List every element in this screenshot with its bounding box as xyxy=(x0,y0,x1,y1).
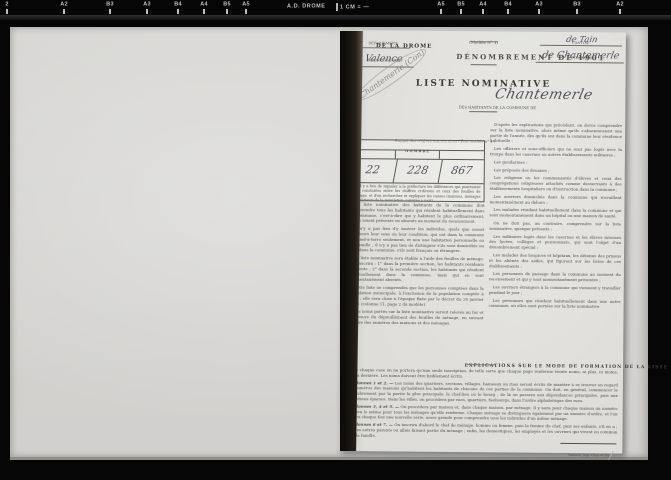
instruction-item: Les ouvriers domiciliés dans la commune … xyxy=(489,194,621,206)
ruler-tick xyxy=(336,3,338,11)
ruler-tick xyxy=(226,9,228,14)
ruler-mark-label: B5 xyxy=(457,1,465,7)
ruler-mark-label: A2 xyxy=(616,1,624,7)
ruler-mark-label: 2 xyxy=(5,1,8,7)
ruler-tick xyxy=(460,9,462,14)
ruler-mark-label: A3 xyxy=(143,1,151,7)
ruler-tick xyxy=(576,9,578,14)
ruler-tick xyxy=(619,9,621,14)
ruler-tick xyxy=(109,9,111,14)
instruction-item: Les ouvriers étrangers à la commune qui … xyxy=(489,285,621,297)
ruler-mark-label: A5 xyxy=(242,1,250,7)
ruler-mark-label: A2 xyxy=(60,1,68,7)
instruction-item: Les officiers et sous-officiers qui ne s… xyxy=(490,146,622,158)
inhabitants-count-handwritten: 867 xyxy=(438,160,486,183)
pen-check-mark: ’ xyxy=(578,95,581,104)
ruler-mark-label: A3 xyxy=(535,1,543,7)
archive-name-label: A.D. DROME xyxy=(287,3,326,9)
ruler-tick xyxy=(507,9,509,14)
explanation-paragraph: Colonnes 1 et 2. — Les noms des quartier… xyxy=(346,380,618,404)
instruction-item: D'après les explications qui précèdent, … xyxy=(490,122,622,145)
explanation-paragraph: Colonnes 3, 4 et 5. — On procédera par m… xyxy=(346,403,618,422)
ruler-mark-label: A4 xyxy=(200,1,208,7)
nombre-table: NOMBRE DE MAISONS DE MÉNAGES D'HABITANTS… xyxy=(350,139,486,202)
instruction-item: Les préposés des douanes ; xyxy=(490,168,622,175)
instruction-item: Les gendarmes ; xyxy=(490,160,622,167)
instructions-right-column: D'après les explications qui précèdent, … xyxy=(488,122,622,354)
ruler-tick xyxy=(63,9,65,14)
ruler-tick xyxy=(440,9,442,14)
census-form-page: (Modèle N° 1) DÉPARTEMENT DE LA DROME AR… xyxy=(338,30,626,453)
flourish-rule xyxy=(469,111,497,112)
ruler-mark-label: B3 xyxy=(573,1,581,7)
instruction-item: Les personnes de passage dans la commune… xyxy=(489,271,621,283)
microfilm-ruler: 2 A2 B3 A3 B4 xyxy=(0,0,671,14)
list-subtitle: DES HABITANTS DE LA COMMUNE DE xyxy=(381,96,493,116)
instruction-item: Les malades des hospices et hôpitaux, le… xyxy=(489,253,621,270)
instructions-left-column: La liste nominative des habitants de la … xyxy=(349,202,484,353)
instruction-item: Les religieux ou les communautés d'élève… xyxy=(490,175,622,192)
ruler-mark-label: A4 xyxy=(479,1,487,7)
explanation-paragraph: Sur chaque case on ne portera qu'une seu… xyxy=(346,367,618,381)
instruction-paragraph: Il n'y a pas lieu d'y insérer les indivi… xyxy=(350,226,484,254)
column-header: D'HABITANTS xyxy=(440,151,484,159)
ruler-tick xyxy=(177,9,179,14)
instruction-item: On ne doit pas, au contraire, comprendre… xyxy=(489,221,621,233)
flourish-rule xyxy=(471,64,497,65)
census-title: DÉNOMBREMENT DE 1901 xyxy=(382,49,586,70)
ruler-tick xyxy=(538,9,540,14)
instruction-item: Les personnes qui résident habituellemen… xyxy=(489,298,621,310)
instruction-item: Les malades résidant habituellement dans… xyxy=(489,207,621,219)
nombre-table-footnote: (1) Il y a lieu de signaler à la préfect… xyxy=(351,182,484,201)
instruction-item: Les militaires logés dans les casernes e… xyxy=(489,234,621,251)
ruler-mark-label: B3 xyxy=(106,1,114,7)
scale-indicator-label: 1 CM = — xyxy=(340,4,369,10)
explanations-body: Sur chaque case on ne portera qu'une seu… xyxy=(345,367,618,443)
ruler-tick xyxy=(146,9,148,14)
ruler-mark-label: B4 xyxy=(174,1,182,7)
ruler-tick xyxy=(245,9,247,14)
ruler-tick xyxy=(482,9,484,14)
ruler-tick xyxy=(203,9,205,14)
households-count-handwritten: 228 xyxy=(393,159,442,182)
ruler-tick xyxy=(6,9,8,14)
ruler-mark-label: A5 xyxy=(437,1,445,7)
printer-imprint: Valence, imp. Céas et fils xyxy=(544,444,632,464)
instruction-paragraph: Les noms portés sur la liste nominative … xyxy=(349,309,483,326)
film-edge-band xyxy=(0,15,671,20)
instruction-paragraph: La liste nominative des habitants de la … xyxy=(350,202,484,225)
instruction-paragraph: La liste nominative sera établie à l'aid… xyxy=(350,256,484,284)
ruler-mark-label: B5 xyxy=(223,1,231,7)
ruler-mark-label: B4 xyxy=(504,1,512,7)
explanation-paragraph: Colonnes 6 et 7. — On inscrira d'abord l… xyxy=(345,422,617,441)
instruction-paragraph: Cette liste ne comprendra que les person… xyxy=(350,285,484,308)
nombre-table-values-row: 22 228 867 xyxy=(351,159,484,183)
microfilm-frame: 2 A2 B3 A3 B4 xyxy=(0,0,671,480)
